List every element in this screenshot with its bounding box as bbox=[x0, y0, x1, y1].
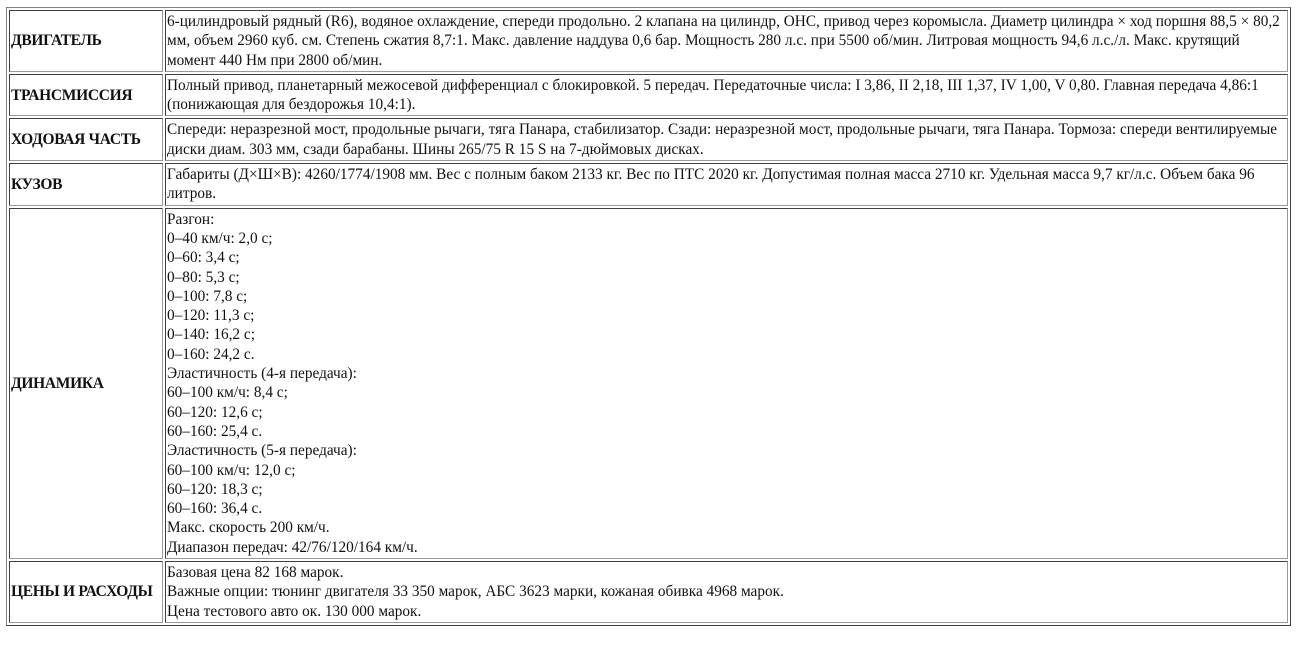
row-value-dynamics: Разгон:0–40 км/ч: 2,0 с;0–60: 3,4 с;0–80… bbox=[165, 208, 1288, 559]
table-row-chassis: ХОДОВАЯ ЧАСТЬ Спереди: неразрезной мост,… bbox=[9, 118, 1288, 161]
text-line: 60–100 км/ч: 12,0 с; bbox=[167, 461, 1286, 480]
table-row-body: КУЗОВ Габариты (Д×Ш×В): 4260/1774/1908 м… bbox=[9, 163, 1288, 206]
table-row-transmission: ТРАНСМИССИЯ Полный привод, планетарный м… bbox=[9, 74, 1288, 117]
row-value-transmission: Полный привод, планетарный межосевой диф… bbox=[165, 74, 1288, 117]
text-line: 60–100 км/ч: 8,4 с; bbox=[167, 383, 1286, 402]
text-line: Эластичность (4-я передача): bbox=[167, 364, 1286, 383]
row-label-engine: ДВИГАТЕЛЬ bbox=[9, 10, 163, 72]
text-line: 0–120: 11,3 с; bbox=[167, 306, 1286, 325]
row-label-body: КУЗОВ bbox=[9, 163, 163, 206]
text-line: Базовая цена 82 168 марок. bbox=[167, 563, 1286, 582]
text-line: Диапазон передач: 42/76/120/164 км/ч. bbox=[167, 538, 1286, 557]
row-value-chassis: Спереди: неразрезной мост, продольные ры… bbox=[165, 118, 1288, 161]
row-label-prices: ЦЕНЫ И РАСХОДЫ bbox=[9, 561, 163, 623]
row-label-dynamics: ДИНАМИКА bbox=[9, 208, 163, 559]
text-line: Разгон: bbox=[167, 210, 1286, 229]
text-line: 0–80: 5,3 с; bbox=[167, 268, 1286, 287]
row-label-transmission: ТРАНСМИССИЯ bbox=[9, 74, 163, 117]
row-value-prices: Базовая цена 82 168 марок.Важные опции: … bbox=[165, 561, 1288, 623]
text-line: 60–160: 36,4 с. bbox=[167, 499, 1286, 518]
text-line: Цена тестового авто ок. 130 000 марок. bbox=[167, 602, 1286, 621]
table-row-prices: ЦЕНЫ И РАСХОДЫ Базовая цена 82 168 марок… bbox=[9, 561, 1288, 623]
text-line: 0–140: 16,2 с; bbox=[167, 325, 1286, 344]
specs-table: ДВИГАТЕЛЬ 6-цилиндровый рядный (R6), вод… bbox=[6, 7, 1291, 626]
text-line: 0–160: 24,2 с. bbox=[167, 345, 1286, 364]
text-line: 60–120: 12,6 с; bbox=[167, 403, 1286, 422]
text-line: Важные опции: тюнинг двигателя 33 350 ма… bbox=[167, 582, 1286, 601]
row-value-engine: 6-цилиндровый рядный (R6), водяное охлаж… bbox=[165, 10, 1288, 72]
text-line: 0–60: 3,4 с; bbox=[167, 248, 1286, 267]
text-line: Эластичность (5-я передача): bbox=[167, 441, 1286, 460]
row-value-body: Габариты (Д×Ш×В): 4260/1774/1908 мм. Вес… bbox=[165, 163, 1288, 206]
text-line: 0–40 км/ч: 2,0 с; bbox=[167, 229, 1286, 248]
row-label-chassis: ХОДОВАЯ ЧАСТЬ bbox=[9, 118, 163, 161]
text-line: 60–160: 25,4 с. bbox=[167, 422, 1286, 441]
text-line: 60–120: 18,3 с; bbox=[167, 480, 1286, 499]
text-line: Макс. скорость 200 км/ч. bbox=[167, 518, 1286, 537]
table-row-dynamics: ДИНАМИКА Разгон:0–40 км/ч: 2,0 с;0–60: 3… bbox=[9, 208, 1288, 559]
text-line: 0–100: 7,8 с; bbox=[167, 287, 1286, 306]
table-row-engine: ДВИГАТЕЛЬ 6-цилиндровый рядный (R6), вод… bbox=[9, 10, 1288, 72]
